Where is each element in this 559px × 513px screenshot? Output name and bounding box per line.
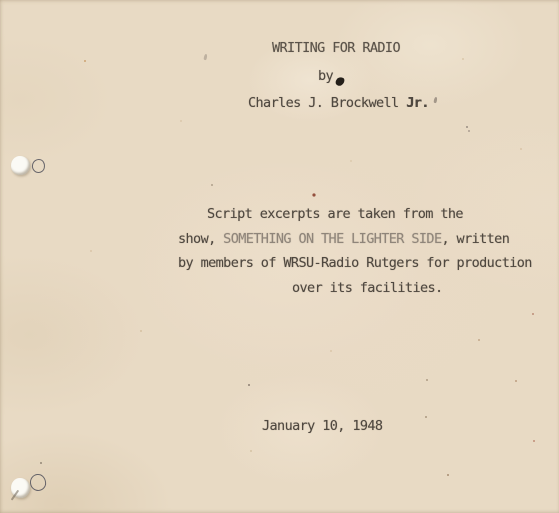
show-title: SOMETHING ON THE LIGHTER SIDE [223,231,441,247]
author-name: Charles J. Brockwell [248,95,406,111]
ring-mark-bottom [29,473,47,492]
document-title: WRITING FOR RADIO [272,41,400,55]
body-line-4: over its facilities. [292,281,443,295]
punch-hole-top [11,156,30,175]
body-line-3: by members of WRSU-Radio Rutgers for pro… [178,256,532,270]
body-line-1: Script excerpts are taken from the [207,207,463,221]
stray-mark-near-title [203,54,207,60]
body-line-2: show, SOMETHING ON THE LIGHTER SIDE, wri… [178,232,509,246]
stray-mark-after-author [433,97,437,103]
paper-specks [0,0,2,2]
author-line: Charles J. Brockwell Jr. [248,96,429,110]
byline: by [318,69,333,83]
scanned-document-page: WRITING FOR RADIO by Charles J. Brockwel… [0,0,559,513]
body-line-2-prefix: show, [178,231,223,247]
stray-dots-mark [466,126,468,128]
author-suffix: Jr. [406,95,429,111]
date-line: January 10, 1948 [262,419,382,433]
ink-blot-mark [335,76,346,87]
body-line-2-suffix: , written [441,231,509,247]
ring-mark-top [31,158,46,174]
